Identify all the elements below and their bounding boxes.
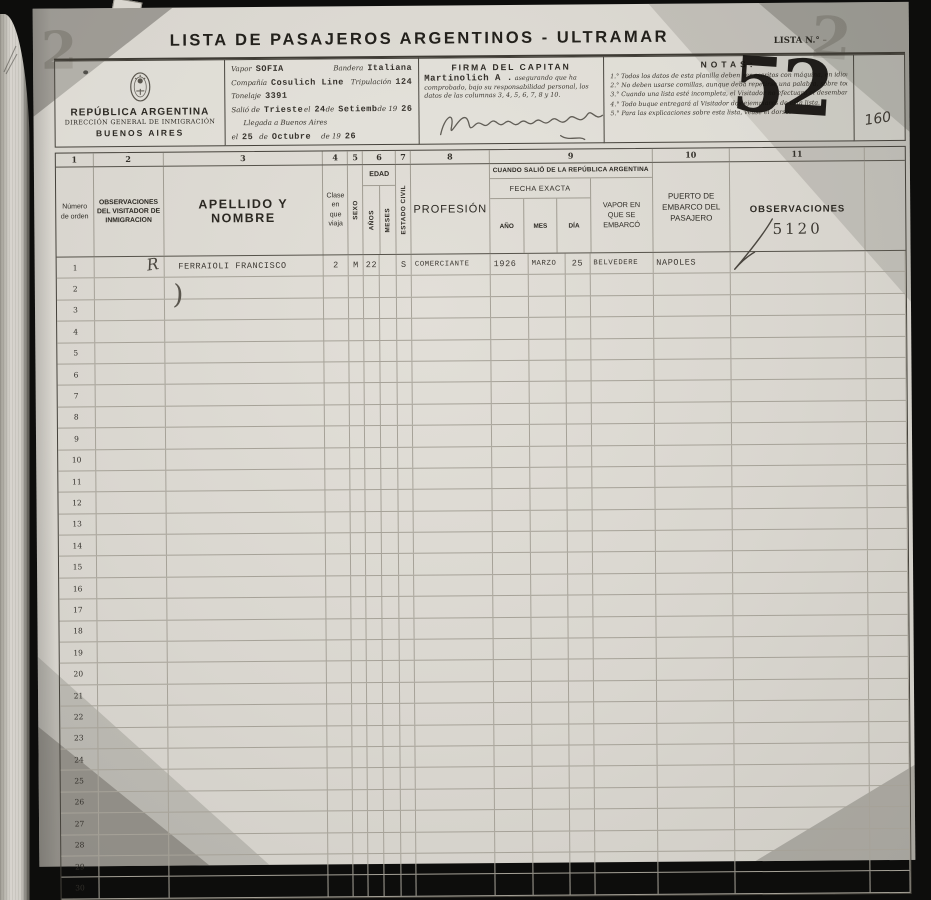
- fecha-exacta-group: FECHA EXACTA AÑO MES DÍA: [490, 178, 592, 253]
- handwritten-folio-number: 160: [864, 109, 893, 129]
- cell-puerto: [655, 530, 733, 551]
- puerto-text: PUERTO DE EMBARCO DEL PASAJERO: [659, 190, 723, 224]
- cell-mes: [529, 382, 566, 403]
- cell-row-number: 1: [57, 257, 95, 278]
- cell-empty: [867, 379, 907, 400]
- compania-row: Compañía Cosulich Line Tripulación 124: [231, 75, 412, 90]
- cell-clase: [327, 619, 352, 640]
- cell-puerto: [656, 552, 734, 573]
- cell-puerto: [655, 466, 733, 487]
- cell-profesion: [413, 404, 492, 425]
- tripulacion-label: Tripulación: [351, 75, 392, 89]
- cell-estado_civil: [401, 790, 416, 811]
- cell-puerto: [658, 808, 736, 829]
- col-num-3: 3: [164, 151, 324, 165]
- mes-label: MES: [524, 199, 558, 253]
- cell-visitor_note: [95, 321, 165, 342]
- cell-meses: [384, 725, 401, 746]
- header-clase: Clase en que viaja: [323, 165, 349, 254]
- cell-meses: [383, 661, 400, 682]
- edad-label: EDAD: [363, 165, 395, 186]
- cell-estado_civil: [400, 683, 415, 704]
- vapor-embarco-label: VAPOR EN QUE SE EMBARCÓ: [591, 178, 652, 252]
- cell-sexo: [350, 341, 365, 362]
- city-name: BUENOS AIRES: [96, 128, 184, 139]
- cell-name: [167, 641, 327, 663]
- cell-anos: [365, 448, 381, 469]
- vapor-embarco-text: VAPOR EN QUE SE EMBARCÓ: [595, 200, 647, 230]
- cell-estado_civil: [401, 811, 416, 832]
- cell-profesion: [417, 874, 496, 895]
- cell-anos: [369, 875, 385, 896]
- cell-mes: [531, 617, 568, 638]
- cell-estado_civil: [397, 298, 412, 319]
- cell-clase: [328, 726, 353, 747]
- cell-row-number: 16: [59, 578, 97, 599]
- col-num-1: 1: [56, 153, 94, 166]
- cell-puerto: [657, 701, 735, 722]
- cell-dia: [570, 788, 595, 809]
- compania-label: Compañía: [231, 76, 267, 90]
- cell-puerto: [653, 274, 731, 295]
- cell-row-number: 17: [59, 600, 97, 621]
- cell-mes: [533, 810, 570, 831]
- cell-row-number: 15: [59, 557, 97, 578]
- cell-mes: [529, 318, 566, 339]
- cell-clase: [325, 426, 350, 447]
- cell-ano: [491, 297, 529, 318]
- cell-mes: [531, 596, 568, 617]
- llegada-row: el 25 de Octubre de 19 26: [232, 129, 413, 144]
- cell-ano: [494, 639, 532, 660]
- cell-visitor_note: [99, 813, 169, 834]
- cell-dia: [568, 638, 593, 659]
- cell-ano: [495, 767, 533, 788]
- cell-dia: [566, 360, 591, 381]
- cell-profesion: [416, 832, 495, 853]
- cell-row-number: 29: [61, 856, 99, 877]
- cell-ano: [492, 468, 530, 489]
- salio-puerto: Trieste: [264, 103, 303, 117]
- cell-name: [167, 576, 327, 598]
- cell-row-number: 11: [58, 471, 96, 492]
- cell-name: [166, 405, 326, 427]
- cell-meses: [382, 533, 399, 554]
- profesion-label: PROFESIÓN: [413, 203, 487, 216]
- cell-row-number: 30: [61, 878, 99, 899]
- cell-puerto: [656, 637, 734, 658]
- cell-mes: MARZO: [528, 254, 565, 275]
- cell-anos: [366, 533, 382, 554]
- salio-dia: 24: [314, 103, 325, 117]
- cell-visitor_note: [95, 300, 165, 321]
- cell-dia: [567, 446, 592, 467]
- header-visitador: OBSERVACIONES DEL VISITADOR DE INMIGRACI…: [94, 167, 165, 257]
- cell-visitor_note: [99, 856, 169, 877]
- cell-empty: [735, 786, 870, 807]
- cell-empty: [731, 294, 866, 315]
- cell-estado_civil: [399, 511, 414, 532]
- cell-anos: [366, 576, 382, 597]
- cell-row-number: 28: [61, 835, 99, 856]
- cell-visitor_note: [96, 385, 166, 406]
- cell-dia: [568, 617, 593, 638]
- cell-estado_civil: [400, 661, 415, 682]
- cell-profesion: [412, 276, 491, 297]
- handwritten-brace-mark: ): [172, 279, 184, 310]
- cell-clase: [329, 854, 354, 875]
- cell-profesion: [413, 383, 492, 404]
- cell-dia: [568, 531, 593, 552]
- cell-profesion: [414, 554, 493, 575]
- pencil-scribble: [2, 42, 20, 76]
- cell-profesion: [412, 318, 491, 339]
- cell-clase: [325, 341, 350, 362]
- cell-name: FERRAIOLI FRANCISCO: [164, 255, 324, 277]
- cell-anos: 22: [364, 255, 380, 276]
- cell-ano: [492, 446, 530, 467]
- cell-row-number: 6: [57, 364, 95, 385]
- cell-anos: [367, 683, 383, 704]
- cell-vapor: [593, 638, 656, 659]
- meses-cell: MESES: [380, 186, 396, 254]
- cell-estado_civil: [398, 405, 413, 426]
- cell-profesion: [414, 575, 493, 596]
- cell-anos: [366, 512, 382, 533]
- cell-anos: [366, 469, 382, 490]
- cell-row-number: 20: [60, 664, 98, 685]
- cell-vapor: [591, 381, 654, 402]
- cell-dia: [568, 553, 593, 574]
- bandera-label: Bandera: [333, 62, 363, 76]
- cell-name: [167, 598, 327, 620]
- tripulacion-value: 124: [395, 75, 412, 89]
- cell-profesion: [415, 725, 494, 746]
- cell-ano: [491, 339, 529, 360]
- cell-ano: [495, 831, 533, 852]
- cell-sexo: [353, 726, 368, 747]
- cell-sexo: [351, 490, 366, 511]
- cell-ano: 1926: [491, 254, 529, 275]
- llegada-mes: Octubre: [272, 130, 311, 144]
- cell-empty: [870, 786, 910, 807]
- cell-clase: [328, 811, 353, 832]
- cell-row-number: 2: [57, 279, 95, 300]
- cell-name: [164, 277, 324, 299]
- cell-sexo: [352, 597, 367, 618]
- cell-empty: [866, 272, 906, 293]
- cell-mes: [533, 788, 570, 809]
- cell-ano: [492, 404, 530, 425]
- cell-ano: [495, 874, 533, 895]
- cell-mes: [533, 853, 570, 874]
- captain-signature: [432, 101, 608, 148]
- cell-profesion: [416, 768, 495, 789]
- cell-mes: [532, 681, 569, 702]
- cell-empty: [734, 679, 869, 700]
- cell-estado_civil: [399, 576, 414, 597]
- col-num-6: 6: [363, 151, 396, 164]
- cell-empty: [734, 636, 869, 657]
- cell-profesion: [414, 532, 493, 553]
- cell-clase: [324, 298, 349, 319]
- cell-ano: [493, 532, 531, 553]
- cell-anos: [367, 640, 383, 661]
- cell-estado_civil: [399, 597, 414, 618]
- cell-estado_civil: [400, 704, 415, 725]
- cell-estado_civil: [397, 319, 412, 340]
- cell-anos: [367, 597, 383, 618]
- cell-clase: [329, 876, 354, 897]
- header-numero: Número de orden: [56, 167, 95, 256]
- cell-empty: [868, 593, 908, 614]
- cell-visitor_note: [96, 449, 166, 470]
- cell-clase: [325, 384, 350, 405]
- cell-ano: [492, 489, 530, 510]
- cell-meses: [384, 790, 401, 811]
- cell-empty: [733, 487, 868, 508]
- cell-vapor: [592, 488, 655, 509]
- cell-dia: [569, 745, 594, 766]
- cell-puerto: [658, 851, 736, 872]
- cell-sexo: [350, 405, 365, 426]
- cell-name: [168, 683, 328, 705]
- cell-row-number: 13: [59, 514, 97, 535]
- cell-dia: [570, 831, 595, 852]
- dia-label: DÍA: [557, 198, 590, 252]
- cell-empty: [734, 615, 869, 636]
- cell-row-number: 9: [58, 428, 96, 449]
- cell-empty: [733, 551, 868, 572]
- cell-empty: [734, 572, 869, 593]
- cell-estado_civil: [398, 362, 413, 383]
- header-edad: EDAD AÑOS MESES: [363, 165, 397, 254]
- cell-visitor_note: [96, 492, 166, 513]
- cell-clase: [328, 769, 353, 790]
- cell-puerto: [656, 616, 734, 637]
- cell-visitor_note: [95, 364, 165, 385]
- cell-sexo: [352, 683, 367, 704]
- cell-clase: 2: [324, 255, 349, 276]
- cell-ano: [494, 746, 532, 767]
- cell-meses: [382, 490, 399, 511]
- cell-empty: [866, 294, 906, 315]
- cell-mes: [533, 874, 570, 895]
- cell-ano: [492, 382, 530, 403]
- cell-sexo: [349, 277, 364, 298]
- cell-anos: [364, 276, 380, 297]
- cell-meses: [382, 512, 399, 533]
- cell-puerto: [656, 659, 734, 680]
- cell-name: [167, 555, 327, 577]
- cell-mes: [530, 403, 567, 424]
- observaciones-stamp-number: 5120: [772, 220, 822, 238]
- cell-vapor: [591, 317, 654, 338]
- cell-dia: [566, 275, 591, 296]
- tonelaje-label: Tonelaje: [231, 90, 261, 104]
- cell-ano: [494, 703, 532, 724]
- cell-sexo: [352, 704, 367, 725]
- cell-vapor: [595, 788, 658, 809]
- cell-empty: [734, 593, 869, 614]
- cell-anos: [365, 405, 381, 426]
- cell-anos: [366, 555, 382, 576]
- cell-empty: [732, 422, 867, 443]
- cell-empty: [736, 872, 871, 893]
- cell-row-number: 19: [60, 642, 98, 663]
- cell-empty: [733, 465, 868, 486]
- cell-row-number: 23: [60, 728, 98, 749]
- cell-puerto: [654, 295, 732, 316]
- cell-profesion: [415, 618, 494, 639]
- cell-sexo: [349, 319, 364, 340]
- cell-name: [169, 833, 329, 855]
- cell-mes: [533, 831, 570, 852]
- cell-empty: [867, 443, 907, 464]
- cell-dia: [566, 296, 591, 317]
- cell-sexo: [351, 469, 366, 490]
- cell-visitor_note: [98, 727, 168, 748]
- cell-clase: [325, 405, 350, 426]
- col-num-7: 7: [396, 151, 411, 164]
- cell-profesion: [413, 447, 492, 468]
- cell-dia: [567, 510, 592, 531]
- cell-meses: [385, 875, 402, 896]
- cell-clase: [327, 662, 352, 683]
- cell-anos: [367, 619, 383, 640]
- cell-name: [166, 491, 326, 513]
- cell-name: [165, 384, 325, 406]
- folio-box: 160: [854, 54, 906, 141]
- cell-vapor: [594, 766, 657, 787]
- cell-name: [165, 320, 325, 342]
- cell-profesion: [414, 596, 493, 617]
- cell-anos: [368, 768, 384, 789]
- cell-puerto: [657, 766, 735, 787]
- cell-vapor: [594, 745, 657, 766]
- cell-empty: [866, 315, 906, 336]
- cell-anos: [368, 833, 384, 854]
- cell-row-number: 10: [58, 450, 96, 471]
- cell-dia: [568, 574, 593, 595]
- cell-clase: [328, 833, 353, 854]
- cell-meses: [381, 447, 398, 468]
- header-salida-argentina: CUANDO SALIÓ DE LA REPÚBLICA ARGENTINA F…: [490, 163, 653, 253]
- cell-empty: [868, 486, 908, 507]
- cell-mes: [531, 532, 568, 553]
- header-estado-civil: ESTADO CIVIL: [396, 165, 412, 254]
- cell-clase: [326, 512, 351, 533]
- captain-box-title: FIRMA DEL CAPITAN: [424, 61, 598, 72]
- vapor-label: Vapor: [231, 63, 252, 77]
- sexo-vertical-label: SEXO: [352, 200, 359, 220]
- cell-mes: [530, 446, 567, 467]
- cell-profesion: [415, 703, 494, 724]
- cell-puerto: NAPOLES: [653, 252, 731, 273]
- cell-visitor_note: [97, 513, 167, 534]
- de19-label: de 19: [377, 102, 397, 116]
- cell-sexo: M: [349, 255, 364, 276]
- cell-vapor: [594, 723, 657, 744]
- cell-visitor_note: [97, 599, 167, 620]
- col-num-9: 9: [490, 149, 653, 163]
- cell-profesion: [413, 425, 492, 446]
- cell-ano: [491, 361, 529, 382]
- passenger-table: 1 2 3 4 5 6 7 8 9 10 11 Número de orden …: [55, 146, 912, 900]
- cell-meses: [381, 426, 398, 447]
- cell-visitor_note: [97, 535, 167, 556]
- cell-clase: [326, 555, 351, 576]
- stamped-list-number: 52: [730, 46, 832, 128]
- cell-puerto: [658, 873, 736, 894]
- cell-sexo: [350, 426, 365, 447]
- anos-vertical-label: AÑOS: [368, 210, 375, 230]
- cell-estado_civil: [399, 554, 414, 575]
- cell-dia: [566, 318, 591, 339]
- cell-visitor_note: [98, 663, 168, 684]
- cell-dia: [569, 660, 594, 681]
- cell-anos: [369, 854, 385, 875]
- de19-label-2: de 19: [321, 130, 341, 144]
- cell-empty: [867, 401, 907, 422]
- cell-sexo: [353, 833, 368, 854]
- cell-anos: [366, 490, 382, 511]
- cell-mes: [532, 639, 569, 660]
- cell-profesion: [414, 511, 493, 532]
- cell-profesion: [415, 639, 494, 660]
- cell-row-number: 18: [59, 621, 97, 642]
- cell-empty: [733, 529, 868, 550]
- cell-puerto: [654, 381, 732, 402]
- cell-empty: [870, 807, 910, 828]
- cell-meses: [385, 854, 402, 875]
- cell-estado_civil: [398, 426, 413, 447]
- cell-visitor_note: [95, 278, 165, 299]
- cell-meses: [381, 383, 398, 404]
- cell-clase: [327, 598, 352, 619]
- cell-name: [167, 619, 327, 641]
- cell-vapor: [593, 595, 656, 616]
- cell-meses: [384, 747, 401, 768]
- cell-meses: [384, 811, 401, 832]
- cell-name: [168, 705, 328, 727]
- cell-empty: [867, 422, 907, 443]
- cell-clase: [326, 469, 351, 490]
- cell-dia: [570, 852, 595, 873]
- authority-box: REPÚBLICA ARGENTINA DIRECCIÓN GENERAL DE…: [54, 59, 226, 147]
- cell-row-number: 27: [61, 813, 99, 834]
- cell-name: [169, 812, 329, 834]
- cell-anos: [365, 362, 381, 383]
- cell-name: [169, 854, 329, 876]
- col-num-4: 4: [323, 151, 348, 164]
- cell-anos: [365, 341, 381, 362]
- cell-profesion: [414, 489, 493, 510]
- cell-sexo: [351, 533, 366, 554]
- cell-ano: [495, 810, 533, 831]
- cell-profesion: [416, 810, 495, 831]
- cell-mes: [531, 510, 568, 531]
- cell-anos: [367, 661, 383, 682]
- cell-empty: [733, 444, 868, 465]
- tonelaje-row: Tonelaje 3391: [231, 89, 412, 104]
- cell-dia: [570, 810, 595, 831]
- cell-empty: [869, 615, 909, 636]
- bandera-value: Italiana: [367, 62, 412, 76]
- cell-visitor_note: [98, 685, 168, 706]
- cell-sexo: [352, 662, 367, 683]
- cell-sexo: [350, 448, 365, 469]
